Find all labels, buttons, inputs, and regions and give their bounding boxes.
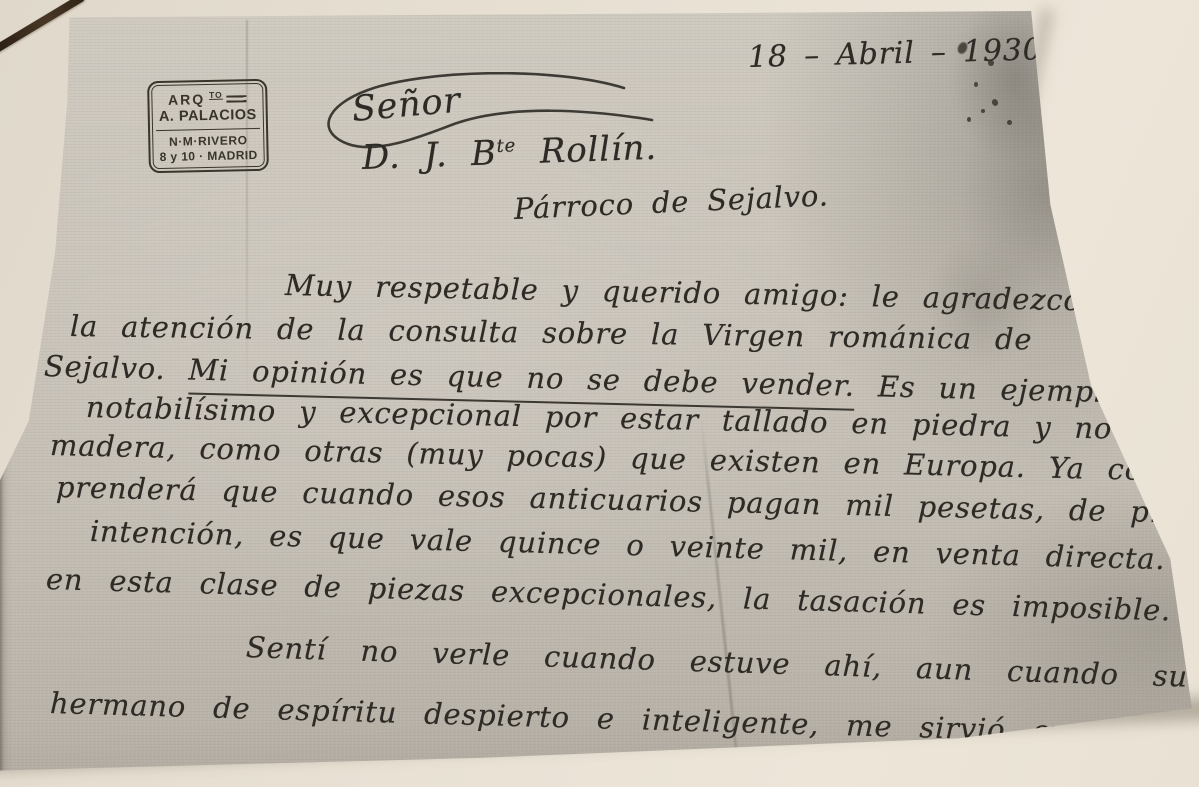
stamp-address-line1: N·M·RIVERO bbox=[156, 133, 260, 149]
recipient-name-superscript: te bbox=[496, 135, 516, 157]
salutation: Señor bbox=[350, 81, 462, 130]
stamp-profession-line: ARQTO bbox=[155, 90, 259, 108]
recipient-name-pre: D. J. B bbox=[361, 133, 497, 178]
ink-speck bbox=[974, 82, 978, 87]
recipient-name: D. J. Bte Rollín. bbox=[361, 128, 657, 178]
letter-date: 18 – Abril – 1930. bbox=[748, 32, 1054, 75]
ink-speck bbox=[1007, 120, 1012, 125]
letterhead-stamp: ARQTO A. PALACIOS N·M·RIVERO 8 y 10 · MA… bbox=[147, 79, 269, 173]
photo-of-letter: { "colors": { "table_surface": "#e7e0d3"… bbox=[0, 0, 1199, 787]
body-line-pre: Sejalvo. bbox=[44, 349, 189, 387]
body-line: Muy respetable y querido amigo: le agrad… bbox=[285, 268, 1199, 320]
stamp-architect-name: A. PALACIOS bbox=[156, 107, 260, 131]
ink-speck bbox=[991, 98, 999, 107]
letter-paper: ARQTO A. PALACIOS N·M·RIVERO 8 y 10 · MA… bbox=[0, 0, 1199, 787]
stamp-profession: ARQ bbox=[168, 91, 205, 108]
stamp-double-dash-icon bbox=[227, 95, 247, 102]
recipient-title: Párroco de Sejalvo. bbox=[513, 178, 829, 226]
ink-speck bbox=[981, 109, 985, 113]
body-line: la atención de la consulta sobre la Virg… bbox=[70, 309, 1033, 356]
letterhead-stamp-inner: ARQTO A. PALACIOS N·M·RIVERO 8 y 10 · MA… bbox=[151, 83, 265, 169]
stamp-profession-superscript: TO bbox=[209, 90, 223, 100]
recipient-name-post: Rollín. bbox=[516, 128, 658, 173]
body-line: Sentí no verle cuando estuve ahí, aun cu… bbox=[245, 630, 1188, 694]
ink-speck bbox=[967, 117, 971, 122]
stamp-address-line2: 8 y 10 · MADRID bbox=[156, 148, 260, 164]
